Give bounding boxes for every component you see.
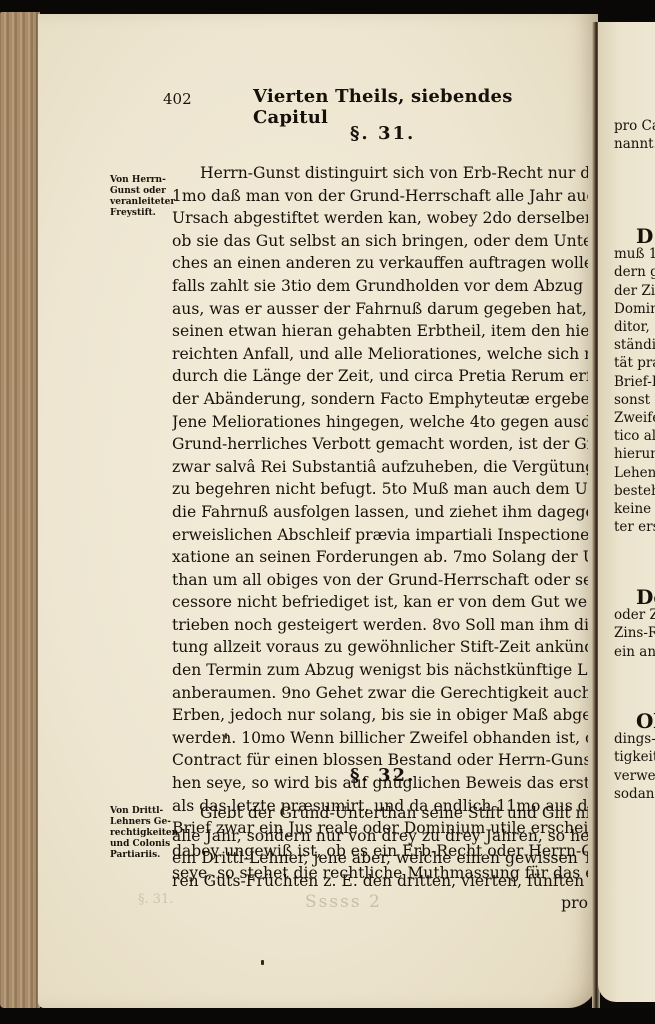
- bleed-through-ref: §. 31.: [138, 892, 173, 907]
- fragment-line: Zweifel: [614, 409, 655, 427]
- text-line: tung allzeit voraus zu gewöhnlicher Stif…: [172, 636, 588, 659]
- right-fragment-block-1: pro Ca nannt.: [614, 117, 655, 153]
- bleed-through-signature: Sssss 2: [305, 892, 382, 912]
- fragment-line: Lehen r: [614, 464, 655, 482]
- fragment-line: dings-: [614, 730, 655, 748]
- fragment-line: tigkeit b: [614, 748, 655, 766]
- fragment-line: ditor,: [614, 318, 655, 336]
- fragment-line: sodann o: [614, 785, 655, 803]
- fragment-line: Domin: [614, 300, 655, 318]
- drop-initial: D: [614, 227, 655, 245]
- right-fragment-block-3: De oder Zir Zins-R ein ande: [614, 588, 655, 661]
- drop-initial: Ob: [614, 712, 655, 730]
- fragment-line: ständig: [614, 336, 655, 354]
- text-line: Giebt der Grund-Unterthan seine Stift un…: [172, 802, 588, 825]
- fragment-line: dern ge: [614, 263, 655, 281]
- fragment-line: tät præ: [614, 354, 655, 372]
- text-line: werden. 10mo Wenn billicher Zweifel obha…: [172, 727, 588, 750]
- text-line: den Termin zum Abzug wenigst bis nächstk…: [172, 659, 588, 682]
- text-line: aus, was er ausser der Fahrnuß darum geg…: [172, 298, 588, 321]
- page-header: 402 Vierten Theils, siebendes Capitul: [163, 86, 593, 112]
- fragment-line: hierum: [614, 445, 655, 463]
- text-line: xatione an seinen Forderungen ab. 7mo So…: [172, 546, 588, 569]
- text-line: Erben, jedoch nur solang, bis sie in obi…: [172, 704, 588, 727]
- text-line: die Fahrnuß ausfolgen lassen, und ziehet…: [172, 501, 588, 524]
- fragment-line: Zins-R: [614, 624, 655, 642]
- text-line: zwar salvâ Rei Substantiâ aufzuheben, di…: [172, 456, 588, 479]
- marginal-note-line: rechtigkeiten: [110, 828, 172, 839]
- text-line: Ursach abgestiftet werden kan, wobey 2do…: [172, 207, 588, 230]
- fragment-line: verwehr: [614, 767, 655, 785]
- fragment-line: nannt.: [614, 135, 655, 153]
- fragment-line: oder Zir: [614, 606, 655, 624]
- marginal-note-line: Partiariis.: [110, 850, 172, 861]
- marginal-note-line: Von Herrn-: [110, 175, 172, 186]
- page-number: 402: [163, 90, 192, 108]
- fragment-line: ein ande: [614, 643, 655, 661]
- text-line: Jene Meliorationes hingegen, welche 4to …: [172, 411, 588, 434]
- running-head: Vierten Theils, siebendes Capitul: [253, 86, 593, 128]
- marginal-note-drittl-lehner: Von Drittl- Lehners Ge- rechtigkeiten un…: [110, 806, 172, 861]
- text-line: durch die Länge der Zeit, und circa Pret…: [172, 365, 588, 388]
- right-fragment-block-4: Ob dings- tigkeit b verwehr sodann o: [614, 712, 655, 803]
- fragment-line: pro Ca: [614, 117, 655, 135]
- text-line: der Abänderung, sondern Facto Emphyteutæ…: [172, 388, 588, 411]
- text-line: erweislichen Abschleif prævia impartiali…: [172, 524, 588, 547]
- text-line: anberaumen. 9no Gehet zwar die Gerechtig…: [172, 682, 588, 705]
- text-line: falls zahlt sie 3tio dem Grundholden vor…: [172, 275, 588, 298]
- marginal-note-line: Lehners Ge-: [110, 817, 172, 828]
- fragment-line: muß 1: [614, 245, 655, 263]
- text-line: Herrn-Gunst distinguirt sich von Erb-Rec…: [172, 162, 588, 185]
- bottom-shadow: [0, 1008, 655, 1024]
- fragment-line: Brief-E: [614, 373, 655, 391]
- right-fragment-block-2: D muß 1 dern ge der Zin Domin ditor, stä…: [614, 227, 655, 536]
- fragment-line: der Zin: [614, 282, 655, 300]
- book-page-edges: [0, 12, 40, 1008]
- text-line: reichten Anfall, und alle Meliorationes,…: [172, 343, 588, 366]
- right-page-fragment: pro Ca nannt. D muß 1 dern ge der Zin Do…: [598, 22, 655, 1002]
- text-line: alle Jahr, sondern nur von drey zu drey …: [172, 825, 588, 848]
- section-title-32: §. 32.: [350, 765, 415, 786]
- text-line: ren Guts-Früchten z. E. den dritten, vie…: [172, 870, 588, 893]
- marginal-note-line: Freystift.: [110, 208, 172, 219]
- text-line: seinen etwan hieran gehabten Erbtheil, i…: [172, 320, 588, 343]
- fragment-line: sonst de: [614, 391, 655, 409]
- text-line: zu begehren nicht befugt. 5to Muß man au…: [172, 478, 588, 501]
- marginal-note-line: veranleiteter: [110, 197, 172, 208]
- marginal-note-herrn-gunst: Von Herrn- Gunst oder veranleiteter Frey…: [110, 175, 172, 219]
- text-line: ein Drittl-Lehner, jene aber, welche ein…: [172, 847, 588, 870]
- drop-initial: De: [614, 588, 655, 606]
- text-line: trieben noch gesteigert werden. 8vo Soll…: [172, 614, 588, 637]
- ink-blemish: [261, 960, 264, 965]
- marginal-note-line: Gunst oder: [110, 186, 172, 197]
- marginal-note-line: Von Drittl-: [110, 806, 172, 817]
- marginal-note-line: und Colonis: [110, 839, 172, 850]
- text-line: 1mo daß man von der Grund-Herrschaft all…: [172, 185, 588, 208]
- fragment-line: keine ric: [614, 500, 655, 518]
- text-line: ches an einen anderen zu verkauffen auft…: [172, 252, 588, 275]
- fragment-line: tico als: [614, 427, 655, 445]
- text-line: Grund-herrliches Verbott gemacht worden,…: [172, 433, 588, 456]
- text-line: than um all obiges von der Grund-Herrsch…: [172, 569, 588, 592]
- fragment-line: bestehet,: [614, 482, 655, 500]
- ink-blemish: [225, 733, 227, 739]
- text-line: cessore nicht befriediget ist, kan er vo…: [172, 591, 588, 614]
- text-line: ob sie das Gut selbst an sich bringen, o…: [172, 230, 588, 253]
- fragment-line: ter ersch: [614, 518, 655, 536]
- section-title-31: §. 31.: [350, 123, 415, 144]
